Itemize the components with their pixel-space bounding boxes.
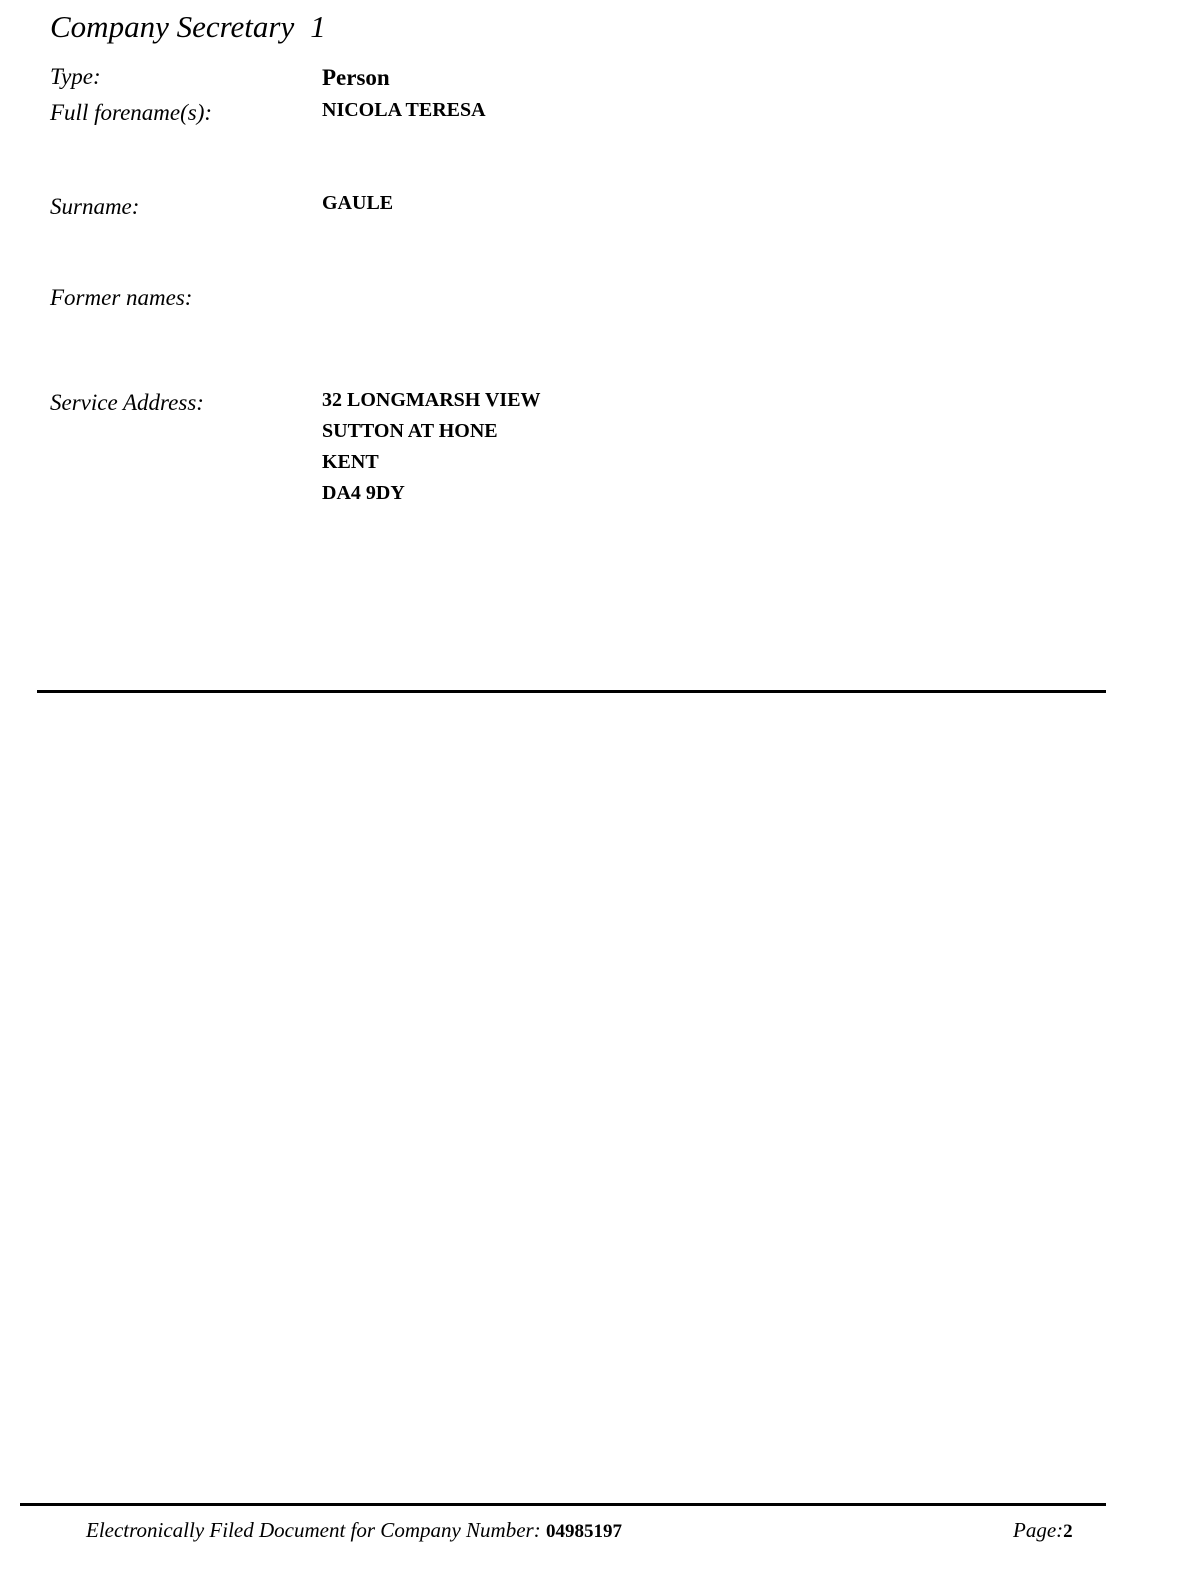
section-title: Company Secretary (50, 9, 294, 44)
service-address-line-3: KENT (322, 447, 379, 478)
company-number: 04985197 (546, 1521, 622, 1542)
type-label: Type: (50, 63, 101, 91)
type-value: Person (322, 62, 390, 93)
page-label: Page: (1013, 1518, 1063, 1542)
footer-page-indicator: Page:2 (1013, 1516, 1073, 1546)
section-divider (37, 690, 1106, 693)
forenames-value: NICOLA TERESA (322, 95, 486, 126)
footer-divider (20, 1503, 1106, 1506)
service-address-line-1: 32 LONGMARSH VIEW (322, 385, 541, 416)
service-address-label: Service Address: (50, 389, 204, 417)
footer-filed-text: Electronically Filed Document for Compan… (86, 1518, 541, 1542)
surname-value: GAULE (322, 188, 393, 219)
surname-label: Surname: (50, 193, 139, 221)
section-number: 1 (310, 9, 326, 44)
section-heading: Company Secretary1 (50, 8, 326, 46)
service-address-line-4: DA4 9DY (322, 478, 405, 509)
page-number: 2 (1063, 1521, 1073, 1542)
service-address-line-2: SUTTON AT HONE (322, 416, 498, 447)
footer-filed-notice: Electronically Filed Document for Compan… (86, 1516, 622, 1546)
former-names-label: Former names: (50, 284, 192, 312)
forenames-label: Full forename(s): (50, 99, 212, 127)
